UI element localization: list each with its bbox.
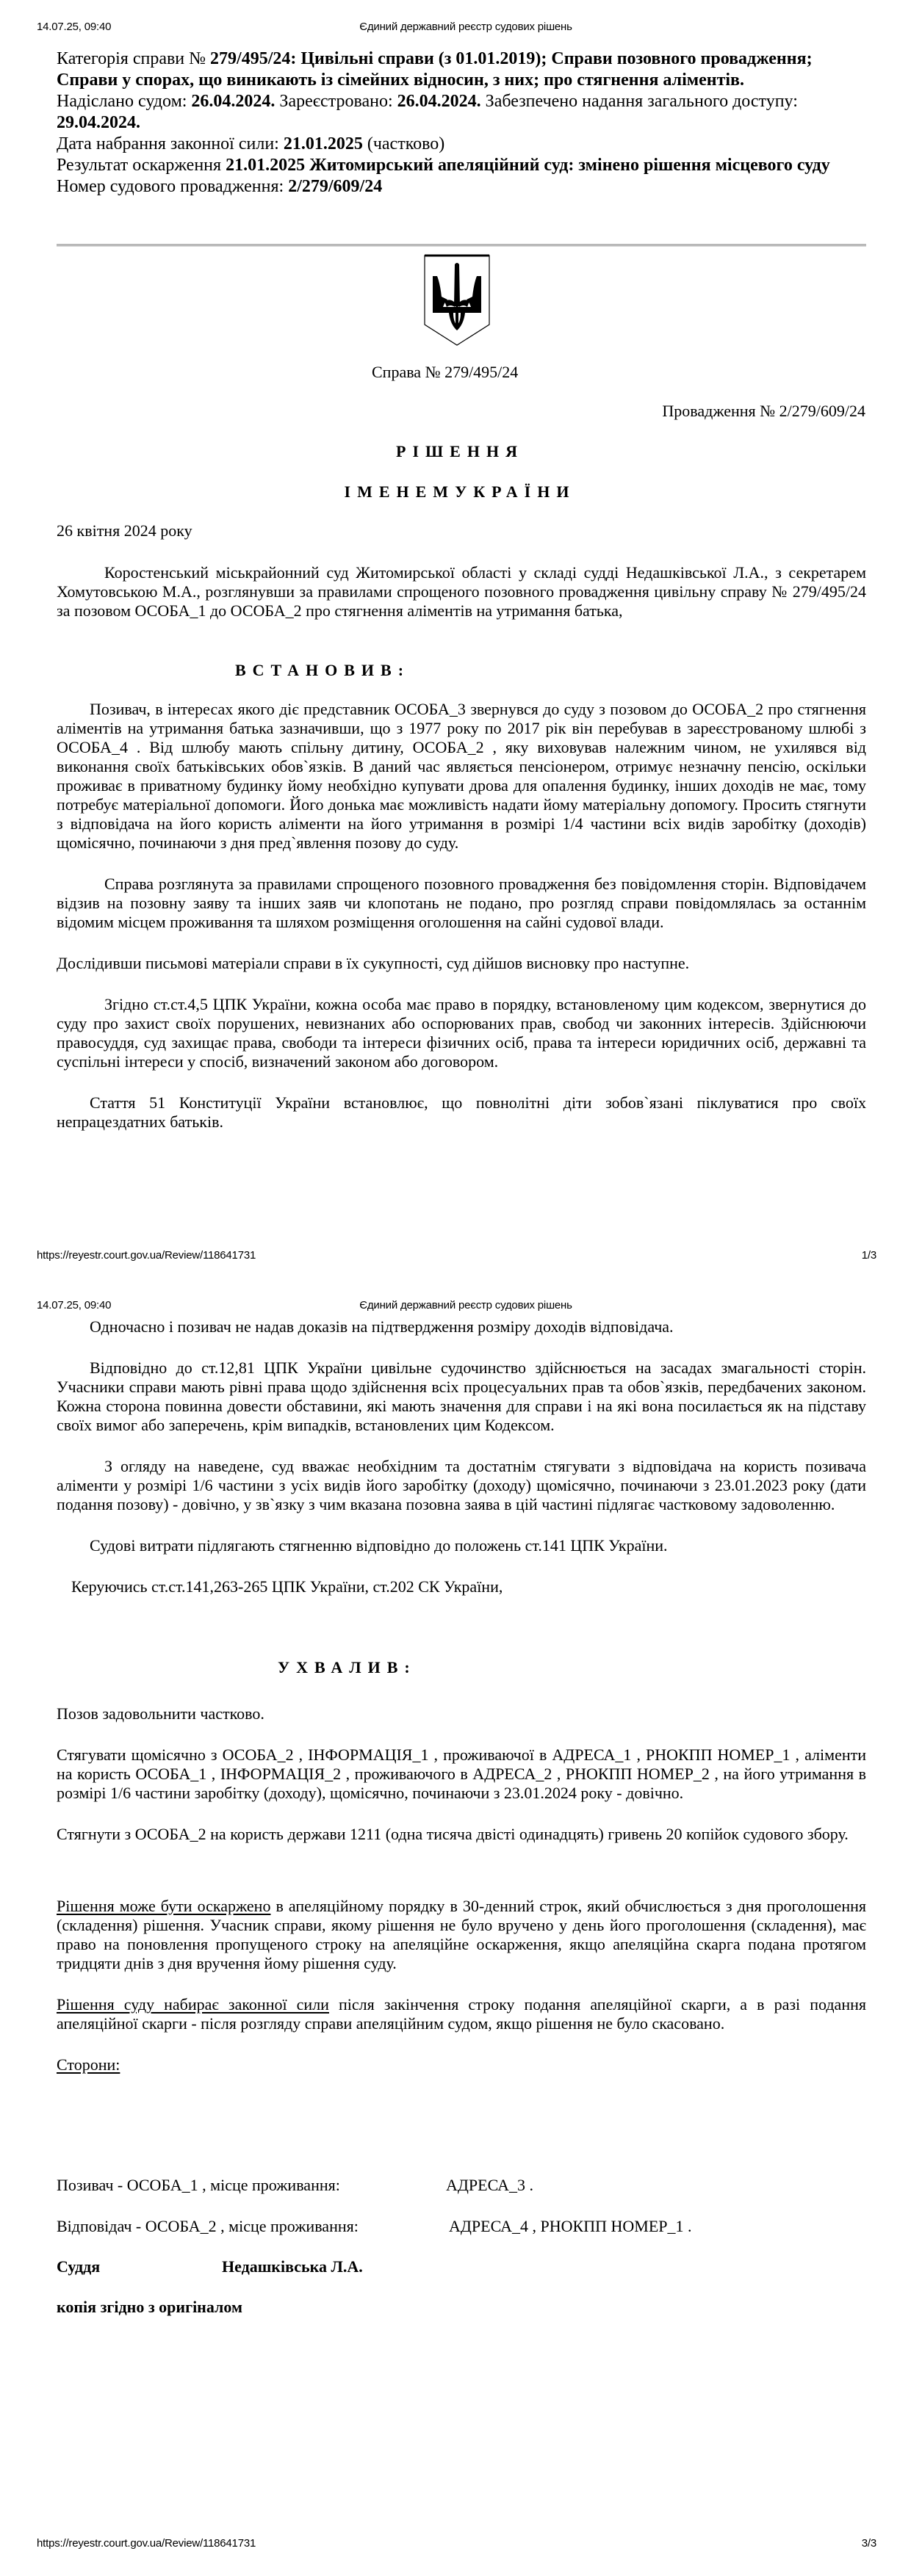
appeal-result: Результат оскарження 21.01.2025 Житомирс… [57, 155, 865, 176]
decision-item: Стягнути з ОСОБА_2 на користь держави 12… [57, 1825, 866, 1844]
appeal-notice: Рішення може бути оскаржено в апеляційно… [57, 1897, 866, 1973]
plaintiff-address: АДРЕСА_3 . [446, 2176, 533, 2195]
copy-note: копія згідно з оригіналом [57, 2298, 242, 2317]
effective-date: Дата набрання законної сили: 21.01.2025 … [57, 134, 865, 155]
intro-paragraph: Коростенський міськрайонний суд Житомирс… [57, 563, 866, 621]
page-url: https://reyestr.court.gov.ua/Review/1186… [37, 1249, 256, 1262]
plaintiff-label: Позивач - ОСОБА_1 , місце проживання: [57, 2176, 340, 2195]
case-metadata: Категорія справи № 279/495/24: Цивільні … [57, 48, 865, 198]
decision-date: 26 квітня 2024 року [57, 521, 866, 540]
paragraph: Згідно ст.ст.4,5 ЦПК України, кожна особ… [57, 995, 866, 1071]
paragraph: Керуючись ст.ст.141,263-265 ЦПК України,… [57, 1577, 866, 1596]
separator-line [57, 244, 866, 247]
page-counter: 3/3 [862, 2537, 876, 2550]
paragraph: Судові витрати підлягають стягненню відп… [57, 1536, 866, 1555]
paragraph: Справа розглянута за правилами спрощеног… [57, 875, 866, 932]
document-subtitle: ІМЕНЕМУКРАЇНИ [0, 482, 911, 502]
page-1: 14.07.25, 09:40 Єдиний державний реєстр … [0, 0, 911, 1288]
defendant-label: Відповідач - ОСОБА_2 , місце проживання: [57, 2217, 359, 2236]
case-dates: Надіслано судом: 26.04.2024. Зареєстрова… [57, 91, 865, 134]
proceeding-number: Провадження № 2/279/609/24 [662, 402, 865, 421]
paragraph: Позивач, в інтересах якого діє представн… [57, 700, 866, 853]
paragraph: Відповідно до ст.12,81 ЦПК України цивіл… [57, 1358, 866, 1435]
effect-notice: Рішення суду набирає законної сили після… [57, 1995, 866, 2033]
page-2: 14.07.25, 09:40 Єдиний державний реєстр … [0, 1288, 911, 2576]
judge-label: Суддя [57, 2257, 100, 2276]
judge-name: Недашківська Л.А. [222, 2257, 363, 2276]
ukraine-trident-coat-of-arms-icon [422, 254, 491, 347]
page-counter: 1/3 [862, 1249, 876, 1262]
page1-body: Позивач, в інтересах якого діє представн… [57, 700, 866, 1132]
paragraph: Одночасно і позивач не надав доказів на … [57, 1317, 866, 1336]
print-header-title: Єдиний державний реєстр судових рішень [0, 1299, 911, 1311]
decision-item: Позов задовольнити частково. [57, 1704, 866, 1723]
defendant-address: АДРЕСА_4 , РНОКПП НОМЕР_1 . [449, 2217, 692, 2236]
paragraph: З огляду на наведене, суд вважає необхід… [57, 1457, 866, 1514]
established-heading: ВСТАНОВИВ: [235, 661, 410, 680]
parties-heading: Сторони: [57, 2055, 866, 2074]
case-number: Справа № 279/495/24 [372, 363, 518, 382]
proceeding-number-meta: Номер судового провадження: 2/279/609/24 [57, 176, 865, 198]
page-url: https://reyestr.court.gov.ua/Review/1186… [37, 2537, 256, 2550]
document-title: РІШЕННЯ [0, 442, 911, 461]
print-header-title: Єдиний державний реєстр судових рішень [0, 21, 911, 33]
paragraph: Дослідивши письмові матеріали справи в ї… [57, 954, 866, 973]
page2-body: Одночасно і позивач не надав доказів на … [57, 1317, 866, 1596]
paragraph: Стаття 51 Конституції України встановлює… [57, 1093, 866, 1132]
decided-heading: УХВАЛИВ: [278, 1658, 417, 1677]
case-category: Категорія справи № 279/495/24: Цивільні … [57, 48, 865, 91]
decision-body: Позов задовольнити частково. Стягувати щ… [57, 1704, 866, 2074]
decision-item: Стягувати щомісячно з ОСОБА_2 , ІНФОРМАЦ… [57, 1745, 866, 1803]
